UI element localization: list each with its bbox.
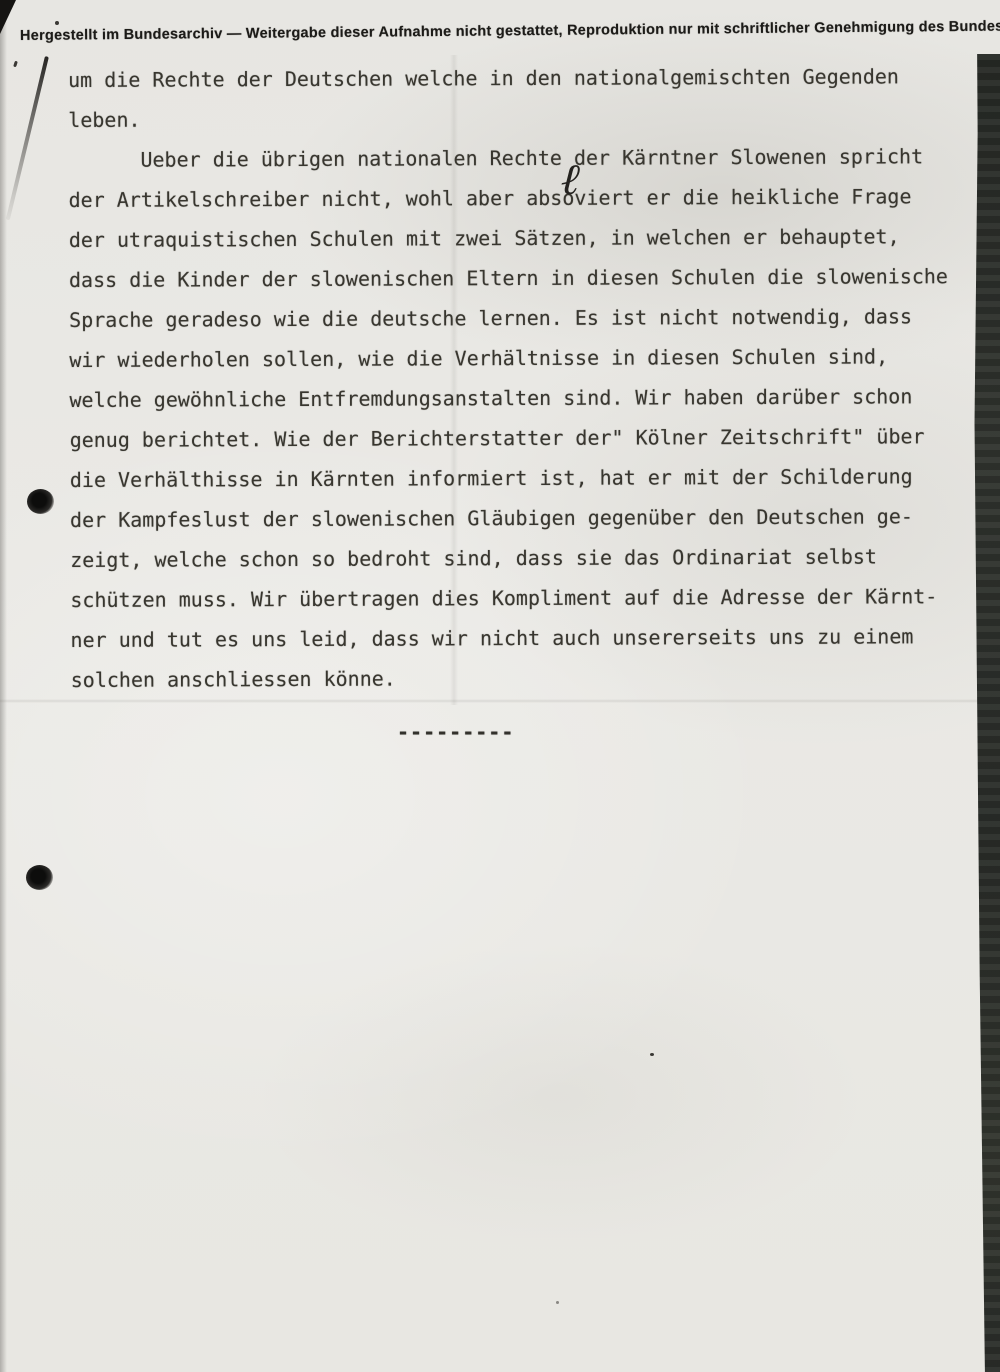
hole-punch-mark-upper: [27, 489, 54, 514]
dashed-separator: ---------: [397, 712, 514, 752]
typewritten-line: die Verhälthisse in Kärnten informiert i…: [70, 456, 970, 500]
typewritten-text-block: um die Rechte der Deutschen welche in de…: [68, 56, 971, 700]
typewritten-line: Ueber die übrigen nationalen Rechte der …: [68, 136, 968, 180]
typewritten-line: solchen anschliessen könne.: [71, 656, 971, 700]
archive-provenance-stamp: Hergestellt im Bundesarchiv — Weitergabe…: [20, 19, 990, 44]
typewritten-line: wir wiederholen sollen, wie die Verhältn…: [69, 336, 969, 380]
scanned-document-page: Hergestellt im Bundesarchiv — Weitergabe…: [0, 0, 1000, 1372]
ink-speck: [13, 61, 18, 68]
typewritten-line: der Kampfeslust der slowenischen Gläubig…: [70, 496, 970, 540]
ink-speck: [650, 1053, 654, 1056]
ink-speck: [556, 1301, 559, 1304]
paper-left-edge-shadow: [0, 0, 7, 1372]
ink-speck: [55, 21, 59, 25]
typewritten-line: der utraquistischen Schulen mit zwei Sät…: [69, 216, 969, 260]
handwritten-correction-letter: ℓ: [559, 157, 580, 202]
scanner-edge-strip: [974, 54, 1000, 1372]
typewritten-line: genug berichtet. Wie der Berichterstatte…: [70, 416, 970, 460]
typewritten-line: der Artikelschreiber nicht, wohl aber ab…: [69, 176, 969, 220]
typewritten-line: Sprache geradeso wie die deutsche lernen…: [69, 296, 969, 340]
fold-crease-line: [6, 56, 49, 220]
typewritten-line: schützen muss. Wir übertragen dies Kompl…: [70, 576, 970, 620]
typewritten-line: dass die Kinder der slowenischen Eltern …: [69, 256, 969, 300]
typewritten-line: welche gewöhnliche Entfremdungsanstalten…: [69, 376, 969, 420]
typewritten-line: leben.: [68, 96, 968, 140]
typewritten-line: zeigt, welche schon so bedroht sind, das…: [70, 536, 970, 580]
typewritten-line: um die Rechte der Deutschen welche in de…: [68, 56, 968, 100]
hole-punch-mark-lower: [26, 865, 53, 890]
typewritten-line: ner und tut es uns leid, dass wir nicht …: [70, 616, 970, 660]
corner-fold-mark: [0, 0, 16, 34]
